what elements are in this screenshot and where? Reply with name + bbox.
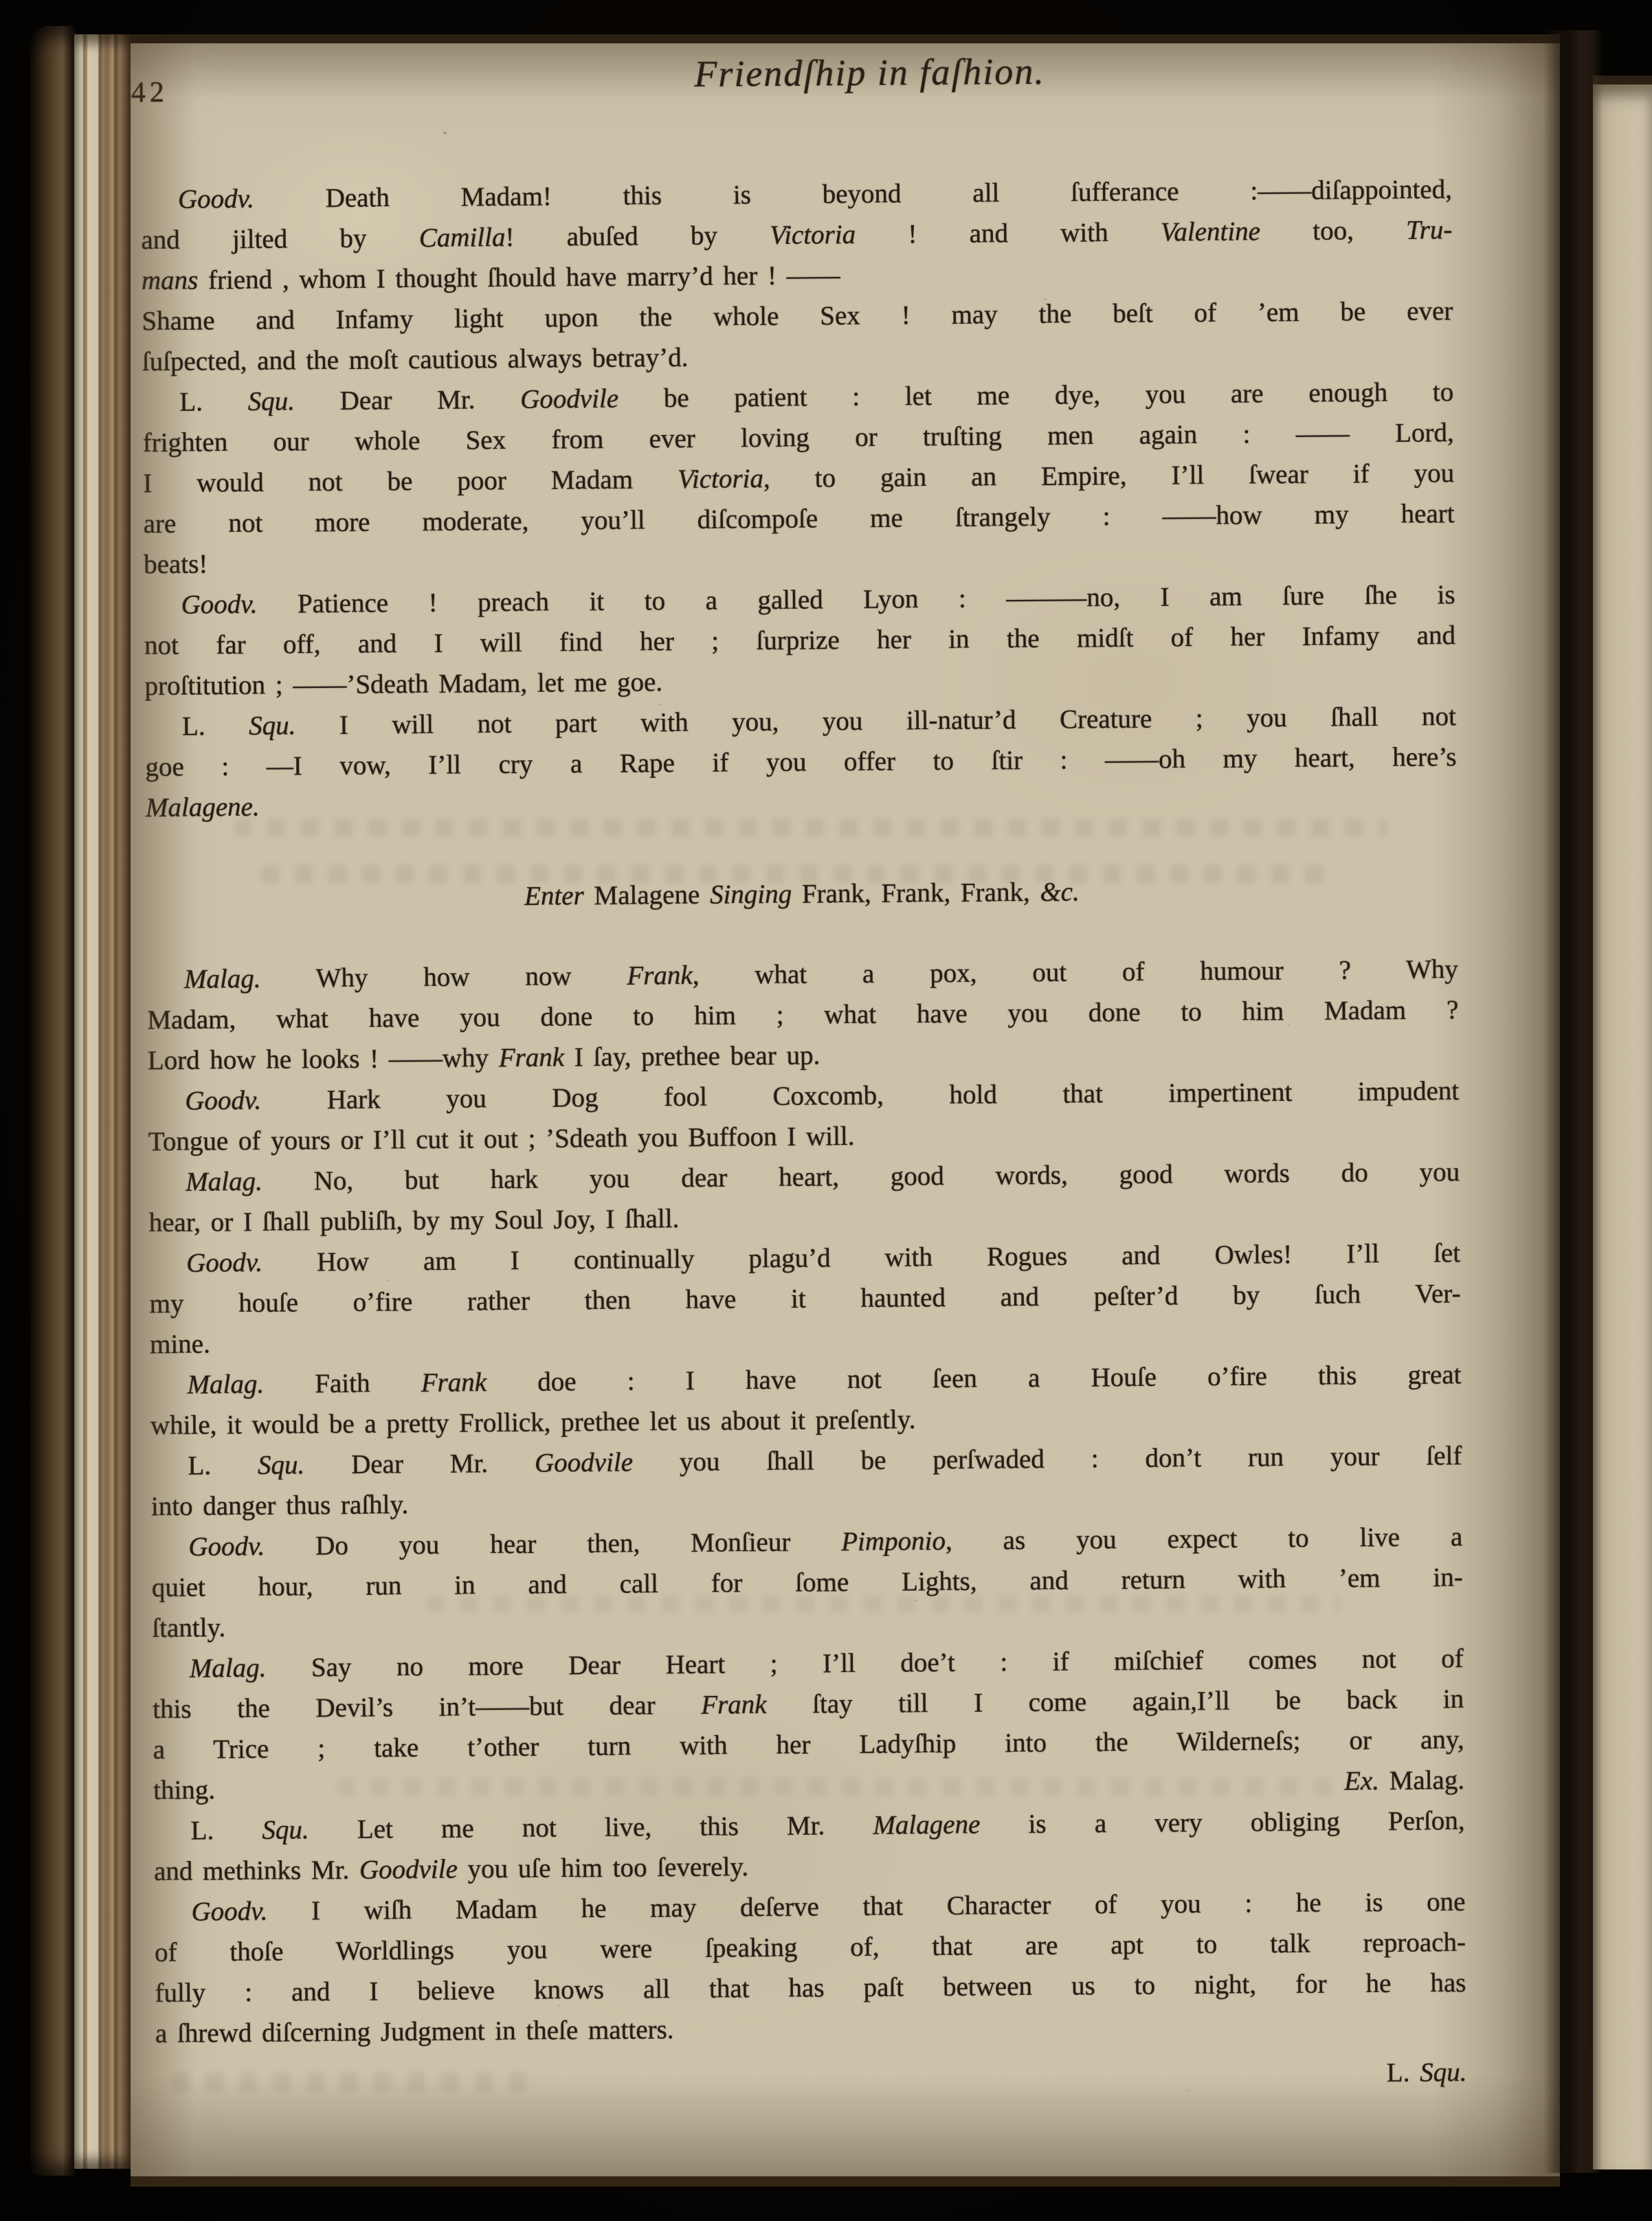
roman-text: , as you expect to live a (946, 1522, 1463, 1556)
roman-text: ſuſpected, and the moſt cautious always … (142, 343, 689, 377)
book-cover-edge (30, 26, 76, 2176)
speech-goodvile-4: Goodv. How am I continually plagu’d with… (149, 1233, 1461, 1365)
italic-text: Goodv. (185, 1086, 261, 1116)
book-page: 42 Friendſhip in faſhion. Goodv. Death M… (131, 34, 1560, 2187)
italic-text: Victoria (770, 220, 856, 250)
text-block: Goodv. Death Madam! this is beyond all ſ… (141, 169, 1467, 2103)
italic-text: Goodvile (535, 1447, 633, 1477)
roman-text: Malag. (1379, 1765, 1464, 1796)
roman-text: you ſhall be perſwaded : don’t run your … (633, 1441, 1462, 1477)
text-line: L. Squ. (155, 2052, 1466, 2103)
speech-malagene-4: Malag. Say no more Dear Heart ; I’ll doe… (153, 1638, 1465, 1811)
roman-text: into danger thus raſhly. (151, 1490, 409, 1521)
roman-text: No, but hark you dear heart, good words,… (263, 1157, 1460, 1196)
stacked-page-edges (74, 34, 132, 2169)
italic-text: Malagene (873, 1809, 980, 1840)
italic-text: Goodv. (181, 590, 257, 620)
roman-text: ! and with (856, 217, 1161, 249)
italic-text: Malag. (187, 1370, 264, 1400)
italic-text: Malag. (190, 1653, 267, 1684)
speech-goodvile-2: Goodv. Patience ! preach it to a galled … (144, 574, 1455, 706)
roman-text: my houſe o’fire rather then have it haun… (149, 1279, 1460, 1319)
roman-text: is a very obliging Perſon, (980, 1806, 1465, 1840)
roman-text: Malagene (594, 880, 710, 911)
roman-text: and methinks Mr. (154, 1855, 359, 1886)
stage-direction-enter-malagene: Enter Malagene Singing Frank, Frank, Fra… (146, 869, 1458, 919)
catchword: L. Squ. (155, 2052, 1466, 2103)
running-header: Friendſhip in faſhion. (214, 46, 1525, 99)
italic-text: Tru- (1406, 215, 1453, 245)
italic-text: &c. (1040, 877, 1080, 906)
italic-text: Squ. (1420, 2057, 1467, 2088)
printed-text-layer: 42 Friendſhip in faſhion. Goodv. Death M… (122, 38, 1568, 2182)
roman-text: doe : I have not ſeen a Houſe o’fire thi… (487, 1360, 1462, 1397)
roman-text: goe : —I vow, I’ll cry a Rape if you off… (145, 742, 1456, 782)
speech-malagene-2: Malag. No, but hark you dear heart, good… (148, 1152, 1460, 1243)
gutter-shadow (1543, 30, 1603, 2173)
italic-text: Goodv. (178, 184, 254, 214)
speech-goodvile-1: Goodv. Death Madam! this is beyond all ſ… (141, 169, 1453, 382)
roman-text: Hark you Dog fool Coxcomb, hold that imp… (261, 1076, 1459, 1115)
speech-goodvile-3: Goodv. Hark you Dog fool Coxcomb, hold t… (148, 1071, 1460, 1162)
roman-text: How am I continually plagu’d with Rogues… (263, 1238, 1460, 1277)
italic-text: Frank (499, 1042, 565, 1073)
roman-text: Shame and Infamy light upon the whole Se… (142, 296, 1453, 336)
roman-text: and jilted by (141, 223, 419, 255)
italic-text: Squ. (249, 711, 296, 741)
speech-lady-squeamish-1: L. Squ. Dear Mr. Goodvile be patient : l… (142, 372, 1455, 585)
roman-text: Frank, Frank, Frank, (802, 878, 1040, 909)
italic-text: Frank (421, 1368, 487, 1398)
roman-text: too, (1260, 216, 1406, 247)
roman-text: Say no more Dear Heart ; I’ll doe’t : if… (266, 1644, 1464, 1683)
roman-text: ſtay till I come again,I’ll be back in (766, 1684, 1464, 1719)
italic-text: Goodv. (186, 1248, 263, 1278)
italic-text: mans (142, 265, 199, 295)
speech-goodvile-5: Goodv. Do you hear then, Monſieur Pimpon… (151, 1517, 1463, 1649)
roman-text: ſtantly. (152, 1613, 225, 1643)
roman-text: Madam, what have you done to him ; what … (147, 995, 1458, 1035)
roman-text: Dear Mr. (304, 1449, 535, 1480)
italic-text: Ex. (1344, 1766, 1379, 1796)
roman-text: thing. (153, 1775, 215, 1805)
roman-text: are not more moderate, you’ll diſcompoſe… (144, 499, 1455, 539)
italic-text: Camilla (419, 223, 506, 253)
roman-text: not far off, and I will find her ; ſurpr… (144, 621, 1455, 660)
italic-text: Valentine (1161, 216, 1260, 247)
roman-text: this the Devil’s in’t——but dear (153, 1690, 701, 1724)
roman-text: I will not part with you, you ill-natur’… (295, 702, 1456, 740)
roman-text: Dear Mr. (295, 385, 521, 416)
photo-of-book: { "page": { "number": "42", "running_hea… (0, 0, 1652, 2221)
italic-text: Goodv. (191, 1897, 267, 1927)
roman-text: L. (188, 1451, 258, 1481)
italic-text: Pimponio (841, 1526, 946, 1556)
roman-text: I would not be poor Madam (143, 465, 678, 498)
text-line: Enter Malagene Singing Frank, Frank, Fra… (146, 869, 1458, 919)
roman-text: fully : and I believe knows all that has… (155, 1968, 1466, 2008)
roman-text: quiet hour, run in and call for ſome Lig… (152, 1563, 1463, 1603)
roman-text: Faith (264, 1368, 421, 1399)
speech-malagene-3: Malag. Faith Frank doe : I have not ſeen… (150, 1354, 1462, 1446)
roman-text: Do you hear then, Monſieur (265, 1527, 841, 1561)
italic-text: Enter (524, 881, 594, 911)
italic-text: Victoria (678, 464, 763, 494)
roman-text: a Trice ; take t’other turn with her Lad… (153, 1725, 1464, 1765)
speech-goodvile-6: Goodv. I wiſh Madam he may deſerve that … (154, 1882, 1466, 2054)
roman-text: Why how now (260, 961, 627, 993)
roman-text: mine. (150, 1329, 210, 1359)
roman-text: Let me not live, this Mr. (309, 1811, 873, 1844)
roman-text: beats! (144, 549, 208, 579)
italic-text: Goodvile (520, 384, 618, 414)
roman-text: Lord how he looks ! ——why (148, 1043, 499, 1075)
roman-text: , to gain an Empire, I’ll ſwear if you (763, 458, 1455, 493)
speech-malagene-1: Malag. Why how now Frank, what a pox, ou… (147, 949, 1459, 1081)
stage-exit: Ex. Malag. (1344, 1760, 1464, 1801)
roman-text: a ſhrewd diſcerning Judgment in theſe ma… (155, 2015, 674, 2049)
roman-text: friend , whom I thought ſhould have marr… (198, 260, 840, 295)
roman-text: I wiſh Madam he may deſerve that Charact… (267, 1887, 1465, 1926)
roman-text: hear, or I ſhall publiſh, by my Soul Joy… (148, 1204, 679, 1238)
speech-lady-squeamish-2: L. Squ. I will not part with you, you il… (145, 696, 1457, 828)
roman-text: L. (179, 387, 248, 417)
roman-text: L. (182, 711, 249, 741)
roman-text: Death Madam! this is beyond all ſufferan… (254, 175, 1452, 214)
roman-text: Tongue of yours or I’ll cut it out ; ’Sd… (148, 1121, 855, 1157)
roman-text: while, it would be a pretty Frollick, pr… (150, 1405, 916, 1440)
speech-lady-squeamish-3: L. Squ. Dear Mr. Goodvile you ſhall be p… (150, 1436, 1462, 1527)
italic-text: Singing (710, 879, 802, 909)
italic-text: Malag. (186, 1167, 263, 1197)
roman-text: you uſe him too ſeverely. (458, 1852, 749, 1884)
italic-text: Squ. (258, 1450, 305, 1480)
roman-text: I ſay, prethee bear up. (564, 1040, 821, 1072)
roman-text: proſtitution ; ——’Sdeath Madam, let me g… (144, 667, 662, 701)
page-number: 42 (131, 76, 168, 109)
roman-text: of thoſe Worldlings you were ſpeaking of… (155, 1928, 1466, 1967)
roman-text: frighten our whole Sex from ever loving … (143, 418, 1454, 458)
roman-text: ! abuſed by (505, 221, 770, 252)
italic-text: Goodvile (359, 1854, 458, 1884)
italic-text: Squ. (247, 386, 295, 416)
italic-text: Goodv. (188, 1532, 265, 1562)
italic-text: Frank (701, 1690, 767, 1720)
line-left-part: thing. (153, 1770, 215, 1811)
roman-text: Patience ! preach it to a galled Lyon : … (257, 580, 1455, 619)
roman-text: L. (190, 1816, 262, 1846)
italic-text: Frank (627, 961, 693, 991)
roman-text: be patient : let me dye, you are enough … (618, 377, 1453, 414)
speech-lady-squeamish-4: L. Squ. Let me not live, this Mr. Malage… (153, 1800, 1465, 1892)
roman-text: , what a pox, out of humour ? Why (693, 955, 1458, 990)
roman-text: L. (1387, 2057, 1420, 2087)
italic-text: Malagene. (146, 792, 260, 823)
italic-text: Squ. (262, 1815, 309, 1845)
italic-text: Malag. (184, 964, 261, 994)
